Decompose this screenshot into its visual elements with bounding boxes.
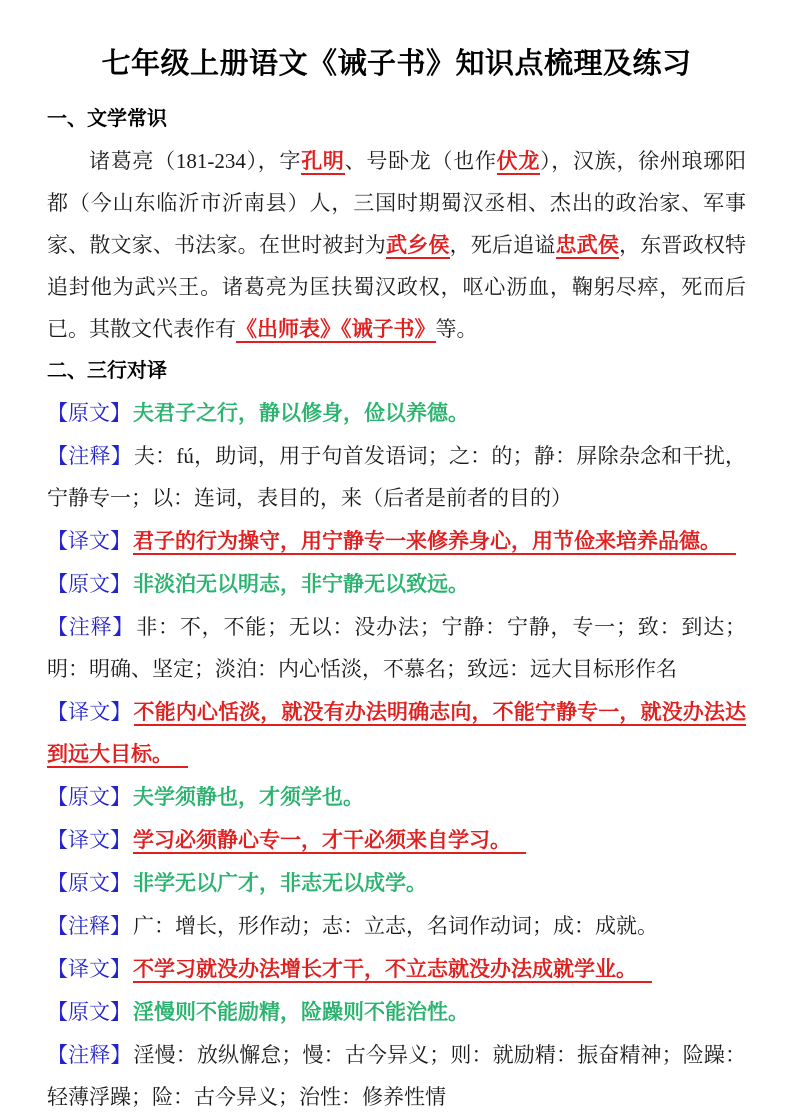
- section-heading-literary: 一、文学常识: [47, 98, 746, 140]
- entry-translation: 【译文】君子的行为操守，用宁静专一来修养身心，用节俭来培养品德。: [47, 520, 746, 562]
- entry-note: 【注释】淫慢：放纵懈怠；慢：古今异义；则：就励精：振奋精神；险躁：轻薄浮躁；险：…: [47, 1034, 746, 1118]
- entry-source: 【原文】非学无以广才，非志无以成学。: [47, 862, 746, 904]
- entry-label: 【注释】: [47, 444, 132, 468]
- entry-text: 夫学须静也，才须学也。: [133, 785, 364, 809]
- highlight-term: 孔明: [301, 149, 344, 175]
- entry-text: 夫君子之行，静以修身，俭以养德。: [133, 401, 469, 425]
- entry-text: 淫慢则不能励精，险躁则不能治性。: [133, 1000, 469, 1024]
- document-page: 七年级上册语文《诫子书》知识点梳理及练习 一、文学常识 诸葛亮（181-234）…: [0, 0, 790, 1118]
- entry-label: 【译文】: [47, 700, 132, 724]
- entry-note: 【注释】夫：fú，助词，用于句首发语词；之：的；静：屏除杂念和干扰，宁静专一；以…: [47, 435, 746, 519]
- entry-label: 【注释】: [47, 615, 134, 639]
- entry-source: 【原文】非淡泊无以明志，非宁静无以致远。: [47, 563, 746, 605]
- entry-label: 【注释】: [47, 1043, 132, 1067]
- entry-text: 非淡泊无以明志，非宁静无以致远。: [133, 572, 469, 596]
- section-heading-translation: 二、三行对译: [47, 350, 746, 392]
- entry-label: 【原文】: [47, 871, 131, 895]
- document-title: 七年级上册语文《诫子书》知识点梳理及练习: [47, 44, 746, 84]
- entry-text: 不能内心恬淡，就没有办法明确志向，不能宁静专一，就没办法达到远大目标。: [47, 700, 746, 768]
- entry-text: 不学习就没办法增长才干，不立志就没办法成就学业。: [133, 957, 652, 983]
- entry-label: 【原文】: [47, 401, 131, 425]
- intro-paragraph: 诸葛亮（181-234），字孔明、号卧龙（也作伏龙），汉族，徐州琅琊阳都（今山东…: [47, 140, 746, 350]
- entry-label: 【译文】: [47, 828, 131, 852]
- entry-translation: 【译文】学习必须静心专一，才干必须来自学习。: [47, 819, 746, 861]
- entry-source: 【原文】夫学须静也，才须学也。: [47, 776, 746, 818]
- entry-text: 淫慢：放纵懈怠；慢：古今异义；则：就励精：振奋精神；险躁：轻薄浮躁；险：古今异义…: [47, 1043, 746, 1109]
- highlight-term: 《出师表》《诫子书》: [236, 317, 436, 343]
- entry-label: 【原文】: [47, 572, 131, 596]
- entry-label: 【原文】: [47, 785, 131, 809]
- entry-label: 【注释】: [47, 914, 131, 938]
- text-run: ，死后追谥: [450, 233, 556, 257]
- text-run: 诸葛亮（181-234），字: [89, 149, 301, 173]
- entry-label: 【译文】: [47, 529, 131, 553]
- entry-text: 学习必须静心专一，才干必须来自学习。: [133, 828, 526, 854]
- highlight-term: 忠武侯: [556, 233, 620, 259]
- entry-text: 夫：fú，助词，用于句首发语词；之：的；静：屏除杂念和干扰，宁静专一；以：连词，…: [47, 444, 746, 510]
- entry-note: 【注释】广：增长，形作动；志：立志，名词作动词；成：成就。: [47, 905, 746, 947]
- highlight-term: 武乡侯: [386, 233, 450, 259]
- entry-source: 【原文】淫慢则不能励精，险躁则不能治性。: [47, 991, 746, 1033]
- highlight-term: 伏龙: [497, 149, 540, 175]
- entry-text: 非学无以广才，非志无以成学。: [133, 871, 427, 895]
- entry-text: 君子的行为操守，用宁静专一来修养身心，用节俭来培养品德。: [133, 529, 736, 555]
- entry-translation: 【译文】不学习就没办法增长才干，不立志就没办法成就学业。: [47, 948, 746, 990]
- text-run: 等。: [436, 317, 478, 341]
- entry-source: 【原文】夫君子之行，静以修身，俭以养德。: [47, 392, 746, 434]
- entry-text: 广：增长，形作动；志：立志，名词作动词；成：成就。: [133, 914, 658, 938]
- text-run: 、号卧龙（也作: [345, 149, 497, 173]
- entry-translation: 【译文】不能内心恬淡，就没有办法明确志向，不能宁静专一，就没办法达到远大目标。: [47, 691, 746, 775]
- entry-label: 【原文】: [47, 1000, 131, 1024]
- entry-note: 【注释】非：不，不能；无以：没办法；宁静：宁静，专一；致：到达；明：明确、坚定；…: [47, 606, 746, 690]
- entry-label: 【译文】: [47, 957, 131, 981]
- entry-text: 非：不，不能；无以：没办法；宁静：宁静，专一；致：到达；明：明确、坚定；淡泊：内…: [47, 615, 746, 681]
